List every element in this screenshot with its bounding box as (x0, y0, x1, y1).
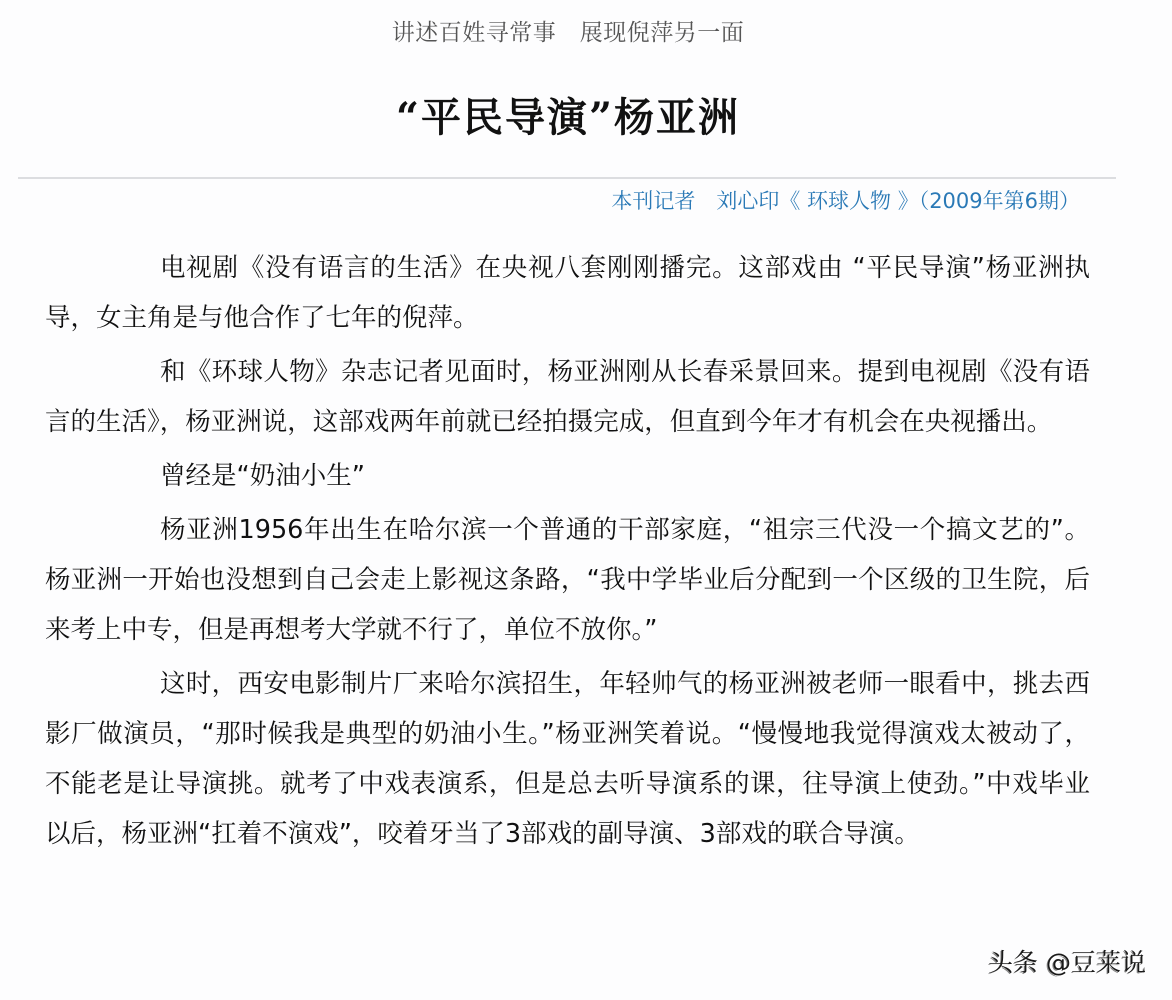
article-body: 电视剧《没有语言的生活》在央视八套刚刚播完。这部戏由 “平民导演”杨亚洲执导，女… (45, 243, 1090, 859)
paragraph: 电视剧《没有语言的生活》在央视八套刚刚播完。这部戏由 “平民导演”杨亚洲执导，女… (45, 243, 1090, 343)
article-title: “平民导演”杨亚洲 (0, 86, 1136, 143)
paragraph: 杨亚洲1956年出生在哈尔滨一个普通的干部家庭，“祖宗三代没一个搞文艺的”。杨亚… (45, 505, 1090, 655)
article-byline: 本刊记者 刘心印《 环球人物 》（2009年第6期） (611, 185, 1080, 215)
article-subtitle: 讲述百姓寻常事 展现倪萍另一面 (0, 14, 1136, 47)
paragraph: 这时，西安电影制片厂来哈尔滨招生，年轻帅气的杨亚洲被老师一眼看中，挑去西影厂做演… (45, 659, 1090, 859)
paragraph: 和《环球人物》杂志记者见面时，杨亚洲刚从长春采景回来。提到电视剧《没有语言的生活… (45, 347, 1090, 447)
source-watermark: 头条 @豆莱说 (988, 943, 1146, 979)
section-subheading: 曾经是“奶油小生” (45, 451, 1090, 501)
header-divider (18, 177, 1116, 179)
